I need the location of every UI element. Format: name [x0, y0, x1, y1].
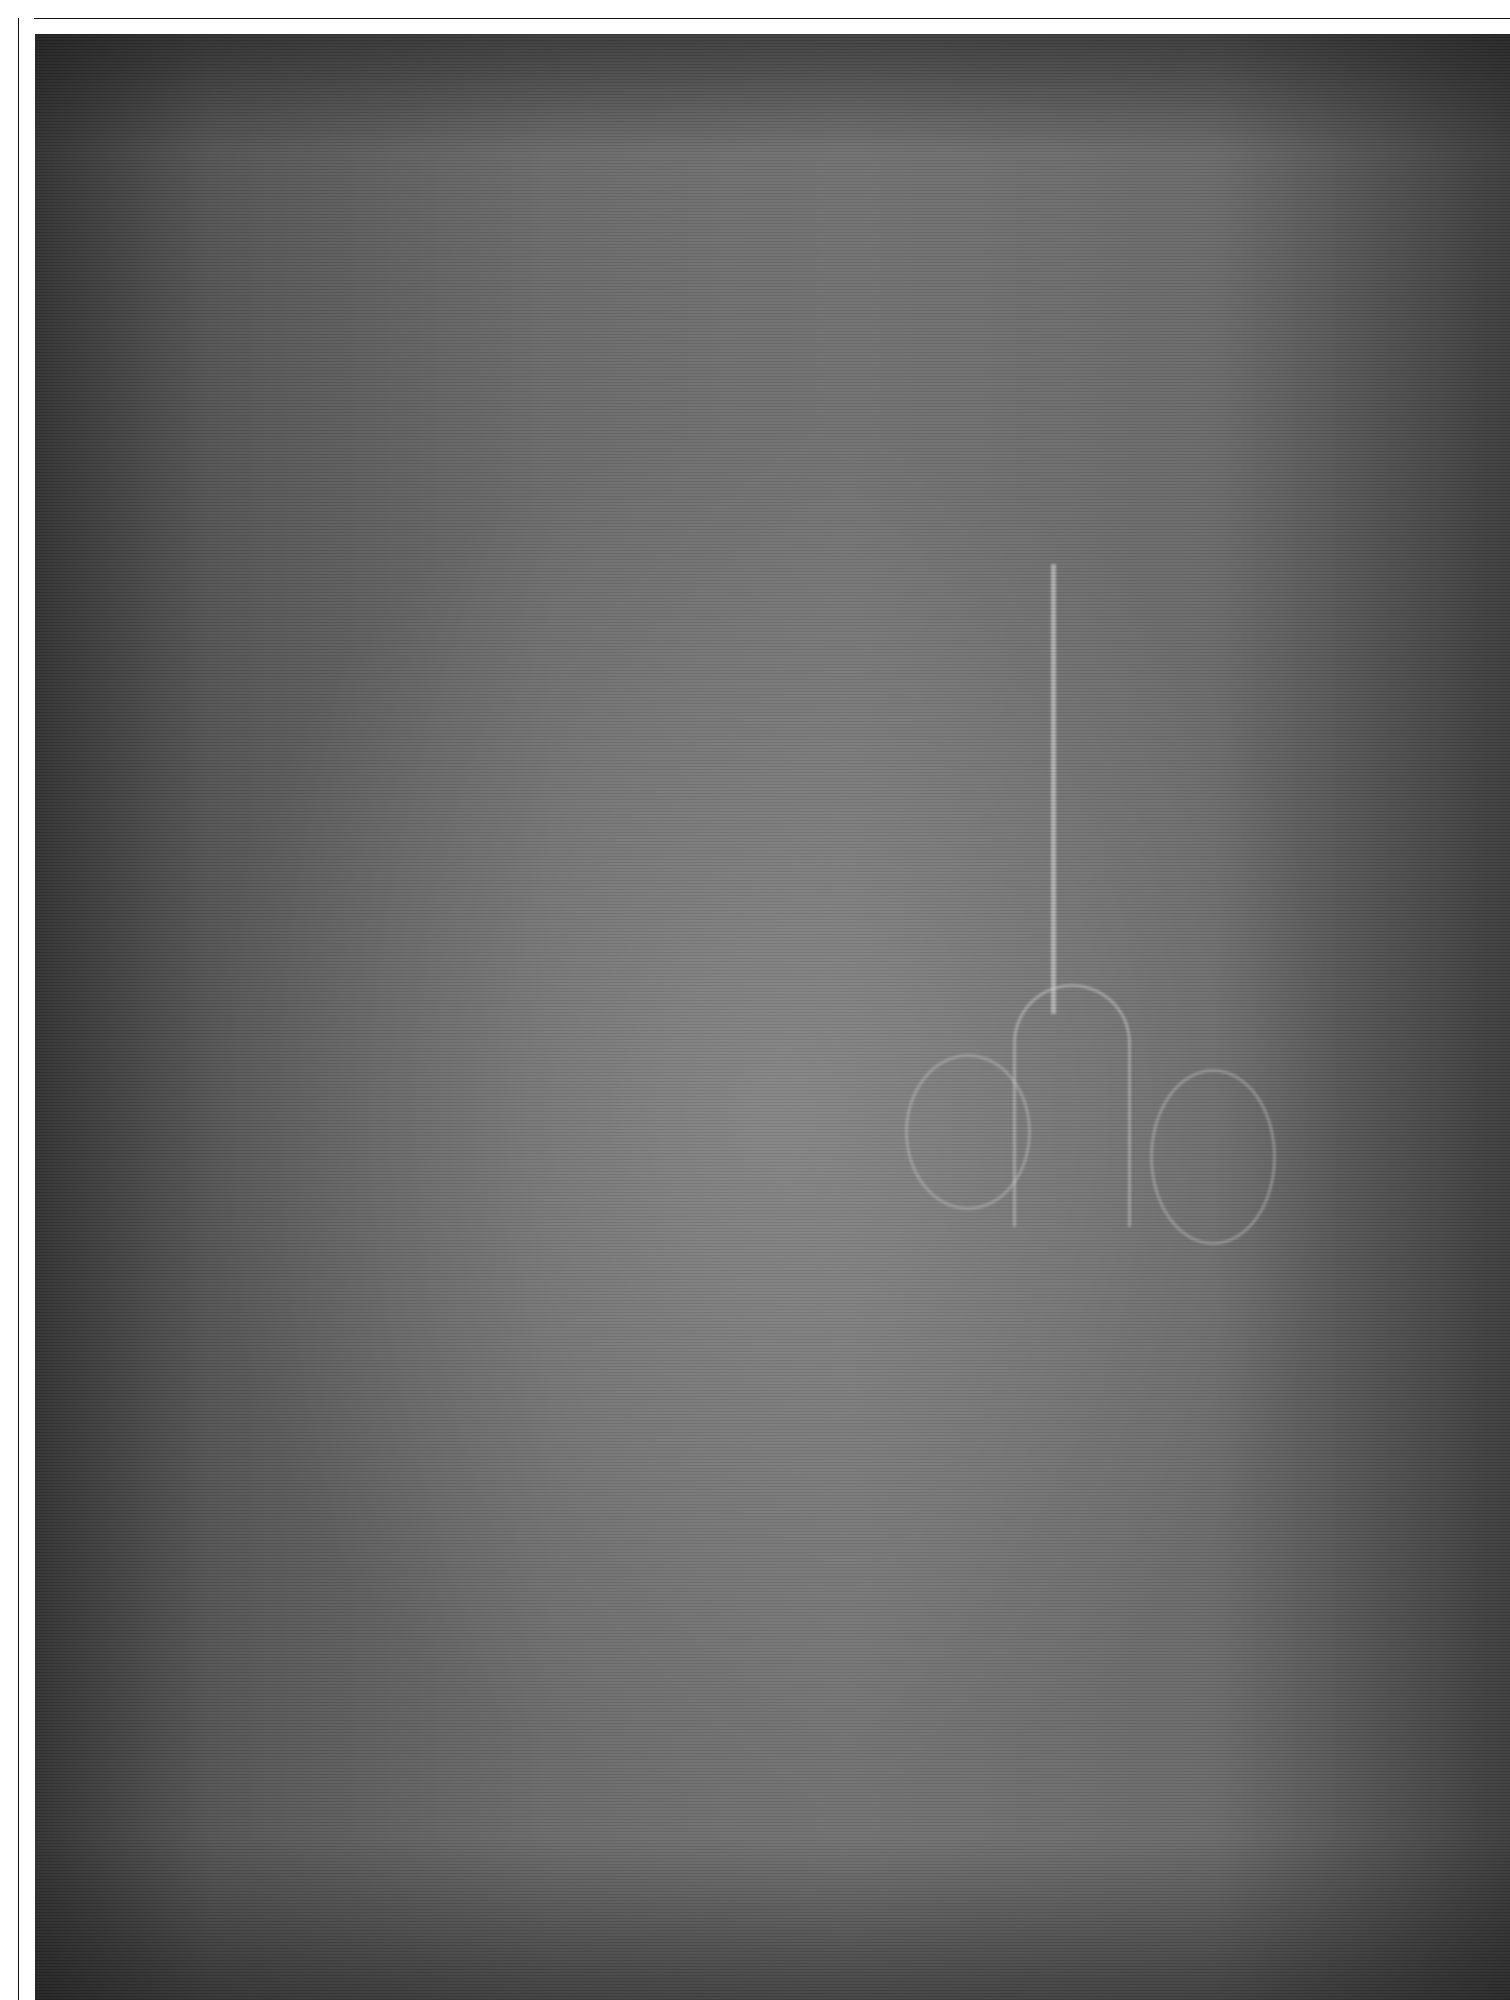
vignette-bottom: [35, 1840, 1510, 2000]
circle-mark: [1150, 1069, 1276, 1245]
vignette-top: [35, 34, 1510, 154]
manuscript-scan: [35, 34, 1510, 2000]
ruler-top-edge: [18, 18, 1510, 19]
ruler-left-edge: [18, 18, 19, 2000]
circle-mark: [905, 1054, 1031, 1210]
fold-line: [1051, 564, 1056, 1014]
ruler-top: [0, 0, 1510, 34]
ruler-left: [0, 0, 34, 2000]
arch-highlight: [1013, 984, 1131, 1227]
